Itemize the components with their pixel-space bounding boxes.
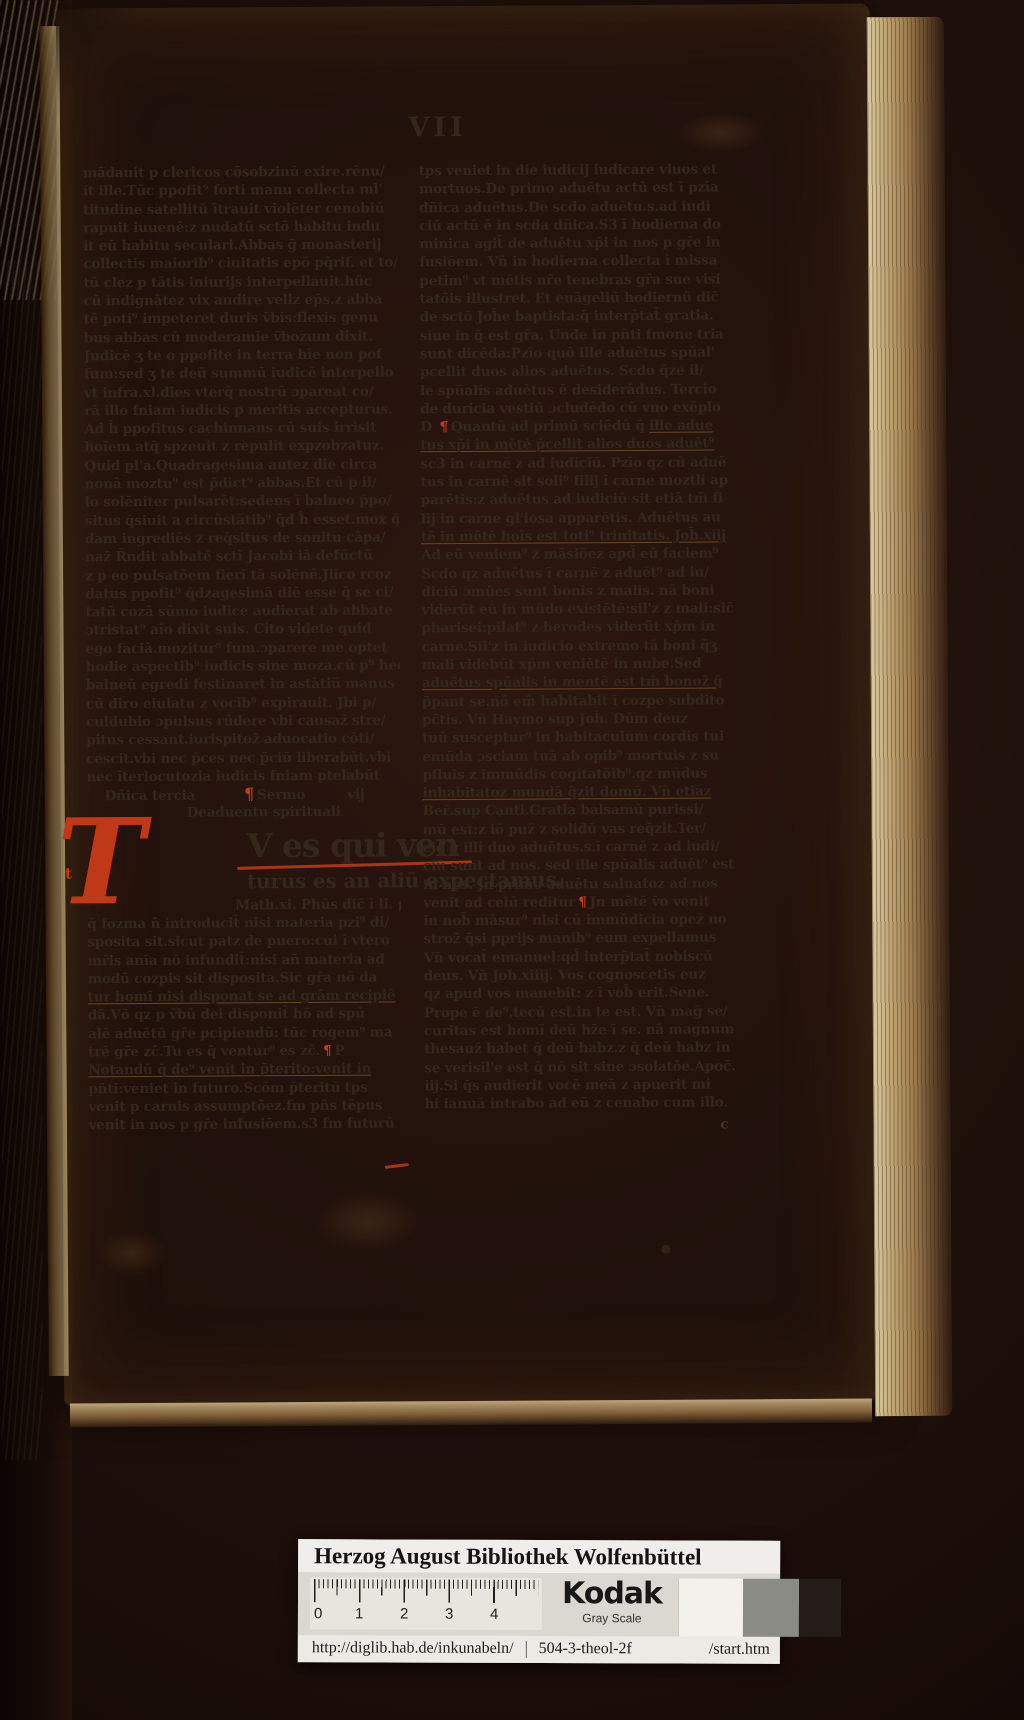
- text-line: cescit.vbi nec p̄ces nec p̄ciū liberabūt…: [86, 748, 400, 768]
- text-line: nec īterlocutozia iudicis fniam ptelabūt: [86, 766, 400, 786]
- text-line: collectis maiorib⁹ ciuitatis epō pq̄rif.…: [83, 254, 397, 274]
- text-line: tē in mētē hoīs est toti⁹ trinitatis. Jo…: [421, 526, 735, 546]
- url-base: http://diglib.hab.de/inkunabeln/: [312, 1639, 514, 1658]
- text-line: parētis:z aduētus ad iudiciū sit etiā tm…: [421, 490, 735, 510]
- text-line: lij in carne gl'iosa apparētis. Aduētus …: [421, 508, 735, 528]
- rubric-pre: venit ad celū reditur: [423, 894, 575, 911]
- text-line: cū indignātez vix audire vellz ep̄s.z ab…: [83, 290, 397, 310]
- margin-note: t: [65, 864, 72, 882]
- rubric-line: D ¶Quantū ad primū sciēdū q̄ ille adue: [420, 417, 734, 437]
- pilcrow-icon: ¶: [436, 419, 451, 435]
- text-line: viderūt eū in mūdo existētē:sil'z z mali…: [421, 599, 735, 619]
- quire-signature: c: [425, 1116, 739, 1136]
- text-line: ciū sunt ad nos. sed ille spūalis aduēt⁹…: [423, 856, 737, 876]
- page-edges-left: [2, 260, 42, 1460]
- text-line: petim⁹ vt mētis nr̄e tenebras gr̄a sue v…: [419, 270, 733, 290]
- text-line: vt infra.xl.dies vterq̄ nostrū ɔpareat c…: [84, 382, 398, 402]
- photo-background: VII mādauit p clericos cōsobzinū exire.r…: [0, 0, 1024, 1720]
- book-page: VII mādauit p clericos cōsobzinū exire.r…: [56, 4, 879, 1407]
- text-line: Vn̄ vocat̄ emanuel:qd̄ interp̄tat̄ nobis…: [423, 947, 737, 967]
- text-line: rā illo fniam iudicis p meritis acceptur…: [84, 400, 398, 420]
- text-column-right: tps veniet in die iudicij iudicare viuos…: [419, 160, 739, 1136]
- text-line: cio q̄ illi duo aduētus.s.ī carnē z ad i…: [423, 837, 737, 857]
- text-line: ego faciā.mozitur⁹ fum.ɔparere me optet: [86, 638, 400, 658]
- text-line: alē aduētū gr̄e pcipiendū: tūc rogem⁹ ma: [88, 1023, 402, 1043]
- text-line: situs q̄siuit a circūstātib⁹ q̄d h̄ esse…: [85, 510, 399, 530]
- text-line: naz̄ R̄ndit abbatē sctī Jacobi iā defūct…: [85, 547, 399, 567]
- text-line: ɔtristat⁹ aīo dixit suis. Cito videte qu…: [85, 620, 399, 640]
- sermon-number: vij: [347, 787, 364, 803]
- text-line: se verisil'e est q̄ nō sit sine ɔsolatōe…: [424, 1057, 738, 1077]
- text-line: nonā moztu⁹ est p̄dict⁹ abbas.Et cū p il…: [85, 473, 399, 493]
- text-line: stroz̄ q̄si pprijs manib⁹ eum expellamus: [423, 929, 737, 949]
- text-line: iij.Si q̄s audierit vocē meā z apuerit m…: [424, 1075, 738, 1095]
- text-line: cū diro eiulatu z vocib⁹ expirauit. Jbi …: [86, 693, 400, 713]
- card-middle-row: 0 1 2 3 4 Kodak Gray Scale: [298, 1572, 780, 1637]
- text-line: tatōis illustret. Et euāgeliū hodiernū d…: [419, 288, 733, 308]
- stain: [313, 1191, 423, 1252]
- text-line: diciū ɔmūes sunt bonis z malis. nā boni: [421, 581, 735, 601]
- text-line: Scdo qz aduētus ī carnē z aduēt⁹ ad iu/: [421, 563, 735, 583]
- text-line: it eū habitu seculari.Abbas ḡ monasterij: [83, 236, 397, 256]
- text-line: thesauz̄ habet q̄ deū habz.z q̄ deū habz…: [424, 1039, 738, 1059]
- text-line: pn̄ti:veniet in futuro.Scōm p̄teritū tps: [88, 1078, 402, 1098]
- text-line: tus xp̄i in mētē p̄cellit alios duos adu…: [420, 435, 734, 455]
- text-line: bus abbas cū moderamīe v̄bozum dixit.: [84, 327, 398, 347]
- library-name: Herzog August Bibliothek Wolfenbüttel: [298, 1539, 780, 1574]
- text-line: Ber̄.sup Canti.Gratia balsamū purissi/: [423, 801, 737, 821]
- text-line: z p eo pulsatōem fieri tā solēnē.Jlico r…: [85, 565, 399, 585]
- text-line: venit p carnis assumptōez.fm pn̄s tēpus: [88, 1096, 402, 1116]
- text-line: Judicē ʒ te o ppofite in terra hīe non p…: [84, 345, 398, 365]
- text-line: deus. Vn̄ Joh.xiiij. Vos cognoscetis euz: [424, 965, 738, 985]
- text-line: hodie aspectib⁹ iudicis sine moza.cū p⁹ …: [86, 656, 400, 676]
- right-lines-bottom: in nob̄ māsur⁹ nisi cū immūdicia opez̄ n…: [423, 911, 738, 1114]
- grayscale-patch-gray: [743, 1579, 799, 1637]
- text-line: mū est:z iō puz̄ z solidū vas req̄zit.Te…: [423, 819, 737, 839]
- right-lines-top: tps veniet in die iudicij iudicare viuos…: [419, 160, 735, 418]
- grayscale-patch-white: [678, 1578, 743, 1636]
- text-line: qz apud vos manebit: z ī vob̄ erit.Sene.: [424, 984, 738, 1004]
- text-line: tē poti⁹ impeteret duris v̄bis:flexis ge…: [84, 309, 398, 329]
- ruler-number: 0: [314, 1605, 322, 1622]
- gray-scale-label: Gray Scale: [548, 1611, 676, 1625]
- text-line: sc3 in carnē z ad iudiciū. Pzīo qz cū ad…: [420, 453, 734, 473]
- left-lines-top: mādauit p clericos cōsobzinū exire.rēnu/…: [83, 162, 401, 786]
- text-line: Ad eū veniem⁹ z māsiōez apd̄ eū faciem⁹: [421, 545, 735, 565]
- ruler-number: 1: [355, 1605, 363, 1622]
- grayscale-patch-black: [799, 1579, 841, 1637]
- stain: [676, 112, 766, 153]
- pilcrow-icon: ¶: [320, 1043, 335, 1059]
- text-line: hi ianuā intrabo ad eū z cenabo cum illo…: [424, 1093, 738, 1113]
- text-line: pfluis z immūdis cogitatōib⁹.qz mūdus: [422, 764, 736, 784]
- incipit-line-1: V es qui ven: [247, 823, 401, 868]
- text-line: minica agit̄ de aduētu xp̄i in nos p gr̄…: [419, 234, 733, 254]
- rubric-pre: D: [420, 419, 436, 435]
- text-line: in nob̄ māsur⁹ nisi cū immūdicia opez̄ n…: [423, 911, 737, 931]
- text-line: it ille.Tūc ppofit⁹ forti manu collecta …: [83, 181, 397, 201]
- page-edge-lines: [867, 17, 953, 1416]
- page-number: VII: [408, 112, 466, 143]
- rubric-post-underlined: ille adue: [649, 418, 713, 434]
- text-line: dñica aduētus.De scdo aduētu.s.ad iudi: [419, 197, 733, 217]
- left-lines-bottom: Notandū q̄ de⁹ venit in p̄terito:venit i…: [88, 1060, 402, 1135]
- shelfmark: 504-3-theol-2f: [539, 1640, 632, 1658]
- text-line: Notandū q̄ de⁹ venit in p̄terito:venit i…: [88, 1060, 402, 1080]
- text-line: in nos. Jn primo aduētu saluatoz ad nos: [423, 874, 737, 894]
- ruler-scale: 0 1 2 3 4: [310, 1577, 542, 1630]
- rubric-line: trē gr̄e zc̄.Tu es q̄ ventur⁹ es zc̄.¶P: [88, 1041, 402, 1061]
- text-column-left: mādauit p clericos cōsobzinū exire.rēnu/…: [83, 162, 403, 1134]
- text-line: tur homī nisi disponat se ad grām recipi…: [88, 987, 402, 1007]
- text-line: sposita sit.sicut patz de puero:cui ī vt…: [87, 932, 401, 952]
- text-line: Quid pl'a.Quadragesima autez die circa: [84, 455, 398, 475]
- text-line: rapuit iuuenē:z nudatū sctō habitu indu: [83, 217, 397, 237]
- text-line: hoīem atq̄ spzeuit z repulit expzobzatuz…: [84, 437, 398, 457]
- text-line: siue in q̄ est gr̄a. Unde in pn̄ti fmone…: [420, 325, 734, 345]
- rubric-line: venit ad celū reditur¶Jn mētē v̄o venit: [423, 892, 737, 912]
- text-line: Ad h̄ ppofitus cachinnans cū suis irrisi…: [84, 419, 398, 439]
- url-suffix: /start.htm: [709, 1641, 770, 1659]
- text-line: fusiōem. Vn̄ in hodierna collecta ī miss…: [419, 252, 733, 272]
- stain: [97, 1230, 167, 1276]
- incipit-block: T V es qui ven turus es an aliū expectam…: [87, 823, 401, 895]
- divider: [526, 1640, 527, 1657]
- red-margin-dash: [385, 1163, 409, 1169]
- rubric-pre: trē gr̄e zc̄.Tu es q̄ ventur⁹ es zc̄.: [88, 1043, 320, 1060]
- text-line: de sctō Joh̄e baptista:q̄ interp̄tat̄ gr…: [420, 307, 734, 327]
- text-line: lo solēniter pulsarēt:sedens ī balneo p̄…: [85, 492, 399, 512]
- text-line: le spūalis aduētus ē desiderādus. Tercio: [420, 380, 734, 400]
- text-line: Prope ē de⁹.tecū est.in te est. Vn̄ maḡ …: [424, 1002, 738, 1022]
- text-line: modū cozpis sit disposita.Sic gr̄a nō da: [88, 968, 402, 988]
- text-line: culdubio ɔpulsus rūdere vbi causaz̄ stre…: [86, 711, 400, 731]
- text-line: dā.Vō qz p v̄bū dei disponit̄ hō ad spū: [88, 1005, 402, 1025]
- color-reference-card: Herzog August Bibliothek Wolfenbüttel 0 …: [298, 1539, 780, 1664]
- text-line: pc̄tis. Vn̄ Haymo sup Joh̄. Dūm deuz: [422, 709, 736, 729]
- right-lines-middle: tus xp̄i in mētē p̄cellit alios duos adu…: [420, 435, 737, 894]
- text-line: venit in nos p gr̄e infusiōem.s3 fm futu…: [89, 1115, 403, 1135]
- sermon-title: Sermo: [257, 787, 305, 803]
- text-line: pitus cessant.iurispitoz̄ aduocatio cōti…: [86, 730, 400, 750]
- text-line: carne.Sil'z in iudicio extremo tā boni q…: [422, 636, 736, 656]
- ruler-number: 4: [490, 1606, 498, 1623]
- text-line: tuū susceptur⁹ in habitaculum cordis tui: [422, 728, 736, 748]
- text-line: pcellit duos alios aduētus. Scdo q̄ze il…: [420, 362, 734, 382]
- text-line: mali videbūt xp̄m veniētē in nube.Sed: [422, 654, 736, 674]
- bottom-page-edges: [70, 1399, 872, 1428]
- ruler-ticks-icon: [314, 1579, 538, 1604]
- ruler-numbers: 0 1 2 3 4: [314, 1605, 538, 1626]
- pilcrow-icon: ¶: [241, 785, 257, 804]
- text-line: mortuos.De primo aduētu actū est ī pzīa: [419, 179, 733, 199]
- text-line: datus ppofit⁹ q̄dzagesimā diē esse q̄ se…: [85, 583, 399, 603]
- corner-shadow: [56, 8, 137, 108]
- ink-fleck: [661, 1245, 670, 1254]
- pilcrow-icon: ¶: [575, 894, 590, 910]
- text-line: mādauit p clericos cōsobzinū exire.rēnu/: [83, 162, 397, 182]
- text-line: balneū egredi festinaret in astātiū manu…: [86, 675, 400, 695]
- kodak-label: Kodak Gray Scale: [548, 1578, 676, 1625]
- text-line: tatū cozā sūmo iudice audierat ab abbate: [85, 602, 399, 622]
- ruler-number: 2: [400, 1606, 408, 1623]
- rubric-post: Jn mētē v̄o venit: [590, 893, 710, 910]
- text-line: titudine satellitū ītrauit violēter ceno…: [83, 199, 397, 219]
- text-line: tps veniet in die iudicij iudicare viuos…: [419, 160, 733, 180]
- left-lines-middle: q̄ fozma n̄ introducit̄ nisi materia pzi…: [87, 913, 402, 1043]
- book-fore-edge-stack: [867, 17, 953, 1416]
- text-line: aduētus spūalis in mentē est tm̄ bonoz̄ …: [422, 673, 736, 693]
- incipit-line-2: turus es an aliū expectamus.: [247, 867, 401, 894]
- text-line: p̄pant se.nō em̄ habitabit ī cozpe subdi…: [422, 691, 736, 711]
- text-line: fum:sed ʒ te deū summū iudicē interpello: [84, 364, 398, 384]
- rubric-post: P: [334, 1043, 344, 1059]
- text-line: dam ingrediēs z req̄situs de sonitu cāpa…: [85, 528, 399, 548]
- text-line: inhabitatoz mundā q̄zit domū. Vn̄ etiaz: [422, 782, 736, 802]
- text-line: curitas est homī deū hz̄e ī se. nā magnu…: [424, 1020, 738, 1040]
- kodak-brand: Kodak: [548, 1578, 676, 1610]
- text-line: emūda ɔsciam tuā ab opib⁹ mortuis z su: [422, 746, 736, 766]
- ruler-number: 3: [445, 1606, 453, 1623]
- text-line: pharisei:pilat⁹ z herodes viderūt xp̄m i…: [421, 618, 735, 638]
- rubricated-initial: T: [57, 807, 145, 918]
- text-line: de duricia vestiū ɔcludēdo cū vno exēplo: [420, 398, 734, 418]
- text-line: tus in carnē sit soli⁹ filij ī carne moz…: [421, 471, 735, 491]
- grayscale-patches: [678, 1578, 841, 1637]
- text-line: tū clez p tātis iniurijs interpellauit.h…: [83, 272, 397, 292]
- text-line: sunt dicēda:Pzīo quō ille aduētus spūal': [420, 343, 734, 363]
- text-line: ciū actū ē in scda dñica.S3 ī hodierna d…: [419, 215, 733, 235]
- card-url-row: http://diglib.hab.de/inkunabeln/ 504-3-t…: [298, 1635, 780, 1664]
- rubric-post: Quantū ad primū sciēdū q̄: [451, 418, 649, 435]
- text-line: mr̄is anīa nō infundit̄:nisi an̄ materia…: [88, 950, 402, 970]
